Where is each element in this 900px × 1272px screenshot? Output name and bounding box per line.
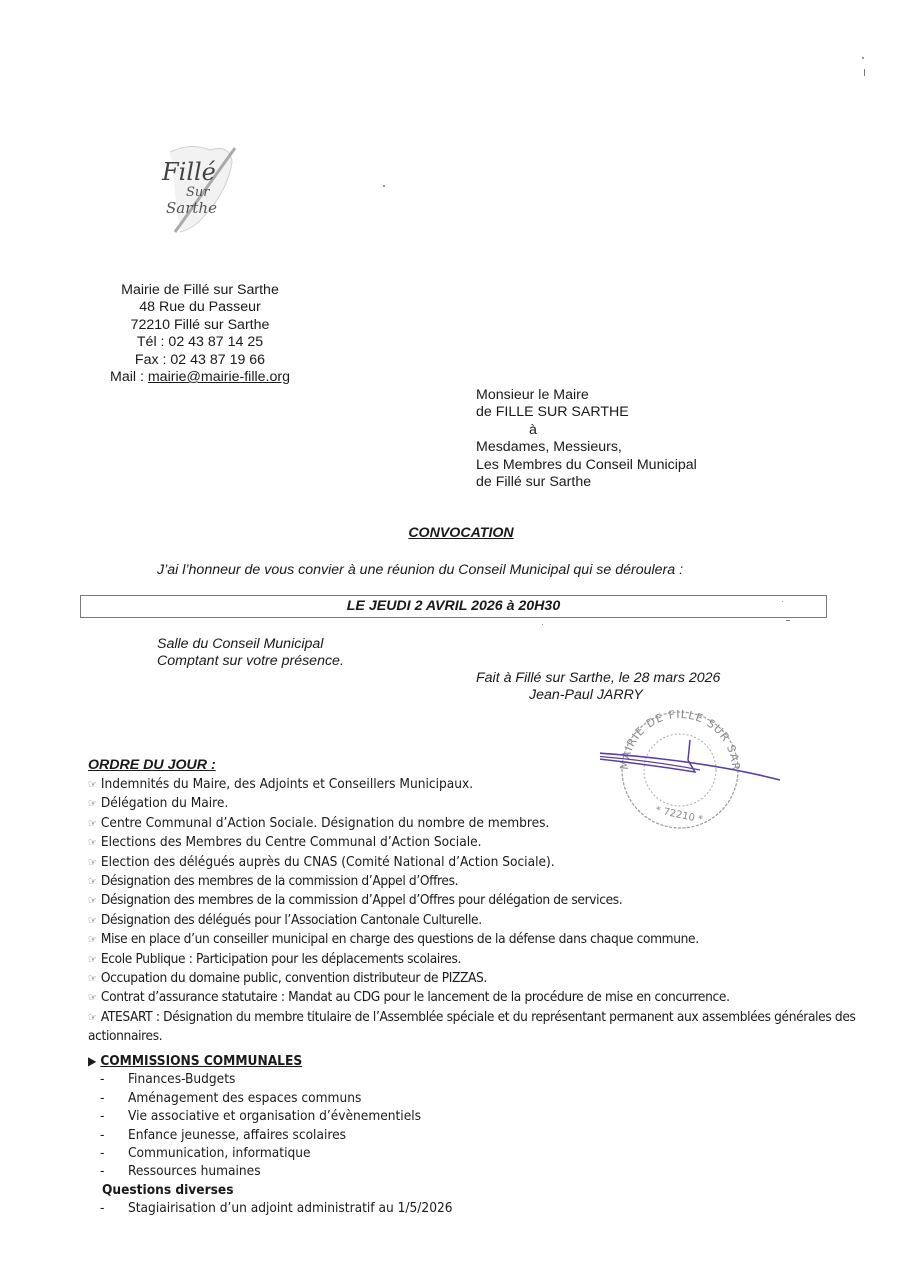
pointing-hand-icon: ☞ — [88, 951, 97, 969]
from-line-1: Monsieur le Maire — [476, 387, 697, 404]
agenda-item: ☞Désignation des membres de la commissio… — [88, 891, 868, 910]
sender-street: 48 Rue du Passeur — [95, 299, 305, 316]
logo-graphic-icon: Fillé Sur Sarthe — [150, 140, 250, 240]
logo-text-sarthe: Sarthe — [166, 199, 217, 217]
agenda-title: ORDRE DU JOUR : — [88, 757, 216, 773]
agenda-item: ☞Centre Communal d’Action Sociale. Désig… — [88, 814, 868, 833]
dash-bullet: - — [88, 1199, 128, 1217]
scan-speck — [782, 601, 783, 602]
to-line-1: Mesdames, Messieurs, — [476, 439, 697, 456]
municipality-logo: Fillé Sur Sarthe — [150, 140, 250, 240]
from-line-2: de FILLE SUR SARTHE — [476, 404, 697, 421]
pointing-hand-icon: ☞ — [88, 970, 97, 988]
agenda-item: ☞Délégation du Maire. — [88, 794, 868, 813]
to-line-2: Les Membres du Conseil Municipal — [476, 457, 697, 474]
meeting-place-block: Salle du Conseil Municipal Comptant sur … — [157, 636, 344, 671]
dash-bullet: - — [88, 1144, 128, 1162]
recipient-block: Monsieur le Maire de FILLE SUR SARTHE à … — [476, 387, 697, 491]
pointing-hand-icon: ☞ — [88, 892, 97, 910]
to-line-3: de Fillé sur Sarthe — [476, 474, 697, 491]
commission-item: -Vie associative et organisation d’évène… — [88, 1107, 588, 1125]
agenda-item: ☞ATESART : Désignation du membre titulai… — [88, 1008, 868, 1046]
to-word: à — [476, 422, 697, 439]
questions-title: Questions diverses — [88, 1181, 588, 1199]
sender-phone: Tél : 02 43 87 14 25 — [95, 334, 305, 351]
agenda-item: ☞Mise en place d’un conseiller municipal… — [88, 930, 868, 949]
pointing-hand-icon: ☞ — [88, 834, 97, 852]
agenda-item: ☞Election des délégués auprès du CNAS (C… — [88, 853, 868, 872]
agenda-item: ☞ Indemnités du Maire, des Adjoints et C… — [88, 775, 868, 794]
meeting-place: Salle du Conseil Municipal — [157, 636, 344, 653]
commission-item: -Communication, informatique — [88, 1144, 588, 1162]
agenda-item: ☞Désignation des délégués pour l’Associa… — [88, 911, 868, 930]
logo-text-fille: Fillé — [161, 158, 216, 186]
pointing-hand-icon: ☞ — [88, 854, 97, 872]
dash-bullet: - — [88, 1126, 128, 1144]
pointing-hand-icon: ☞ — [88, 912, 97, 930]
scan-speck — [864, 69, 865, 76]
dash-bullet: - — [88, 1070, 128, 1088]
convocation-title: CONVOCATION — [0, 525, 900, 541]
commission-item: -Ressources humaines — [88, 1162, 588, 1180]
pointing-hand-icon: ☞ — [88, 873, 97, 891]
commission-item: -Aménagement des espaces communs — [88, 1089, 588, 1107]
pointing-hand-icon: ☞ — [88, 1009, 97, 1027]
question-item: -Stagiairisation d’un adjoint administra… — [88, 1199, 588, 1217]
sender-fax: Fax : 02 43 87 19 66 — [95, 352, 305, 369]
pointing-hand-icon: ☞ — [88, 931, 97, 949]
scan-speck — [542, 624, 543, 625]
agenda-item: ☞Ecole Publique : Participation pour les… — [88, 950, 868, 969]
mail-link[interactable]: mairie@mairie-fille.org — [148, 369, 290, 385]
signed-at: Fait à Fillé sur Sarthe, le 28 mars 2026 — [476, 670, 720, 687]
convocation-intro: J’ai l’honneur de vous convier à une réu… — [157, 562, 683, 578]
agenda-item: ☞Elections des Membres du Centre Communa… — [88, 833, 868, 852]
meeting-date-box: LE JEUDI 2 AVRIL 2026 à 20H30 — [80, 595, 827, 618]
sender-address-block: Mairie de Fillé sur Sarthe 48 Rue du Pas… — [95, 282, 305, 386]
pointing-hand-icon: ☞ — [88, 795, 97, 813]
mail-label: Mail : — [110, 369, 148, 385]
sender-mail: Mail : mairie@mairie-fille.org — [95, 369, 305, 386]
scan-speck — [862, 57, 864, 59]
dash-bullet: - — [88, 1107, 128, 1125]
pointing-hand-icon: ☞ — [88, 815, 97, 833]
commission-item: -Finances-Budgets — [88, 1070, 588, 1088]
commissions-section: ▶COMMISSIONS COMMUNALES -Finances-Budget… — [88, 1052, 588, 1218]
commission-item: -Enfance jeunesse, affaires scolaires — [88, 1126, 588, 1144]
dash-bullet: - — [88, 1162, 128, 1180]
scan-speck — [383, 185, 385, 187]
commissions-title: ▶COMMISSIONS COMMUNALES — [88, 1052, 588, 1070]
sender-city: 72210 Fillé sur Sarthe — [95, 317, 305, 334]
dash-bullet: - — [88, 1089, 128, 1107]
pointing-hand-icon: ☞ — [88, 776, 97, 794]
agenda-list: ☞ Indemnités du Maire, des Adjoints et C… — [88, 775, 868, 1046]
triangle-right-icon: ▶ — [88, 1054, 96, 1068]
closing-line: Comptant sur votre présence. — [157, 653, 344, 670]
pointing-hand-icon: ☞ — [88, 989, 97, 1007]
scan-speck — [786, 620, 790, 621]
logo-text-sur: Sur — [186, 185, 210, 200]
agenda-item: ☞Occupation du domaine public, conventio… — [88, 969, 868, 988]
agenda-item: ☞Désignation des membres de la commissio… — [88, 872, 868, 891]
convocation-title-text: CONVOCATION — [408, 525, 513, 541]
sender-name: Mairie de Fillé sur Sarthe — [95, 282, 305, 299]
agenda-item: ☞Contrat d’assurance statutaire : Mandat… — [88, 988, 868, 1007]
